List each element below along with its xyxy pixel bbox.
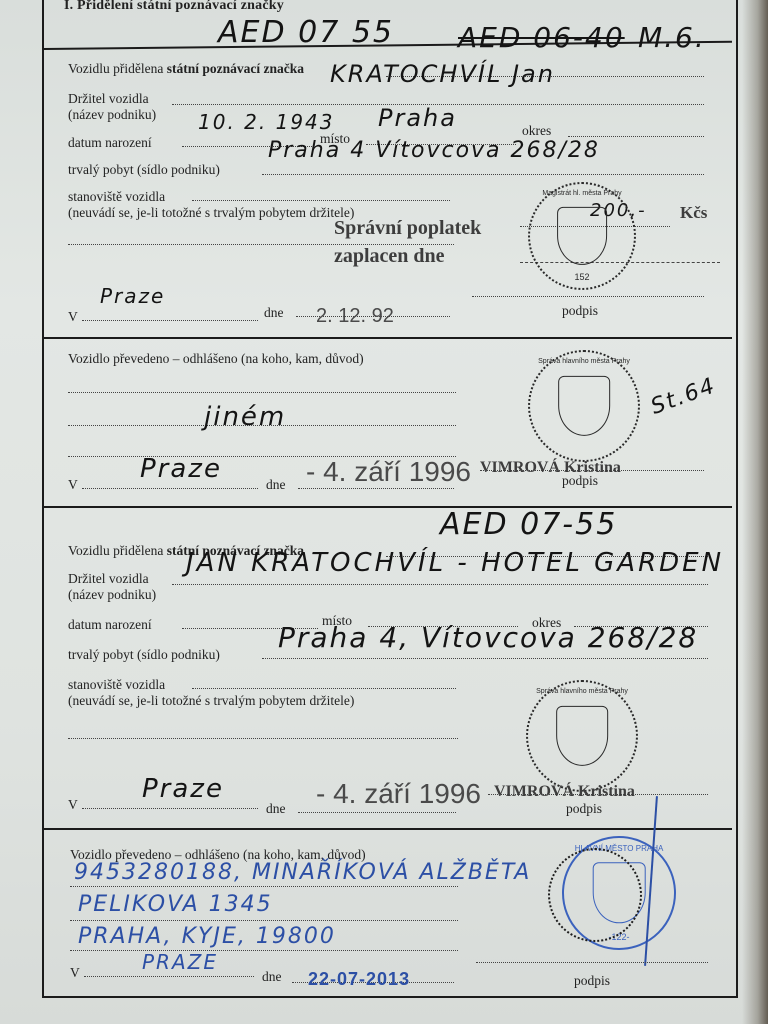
- official-name-stamp: VIMROVÁ Kristina: [480, 460, 621, 476]
- dotted-line: [68, 392, 456, 393]
- residence-label: trvalý pobyt (sídlo podniku): [68, 648, 220, 662]
- holder-handwritten: KRATOCHVÍL Jan: [330, 62, 555, 86]
- residence-label: trvalý pobyt (sídlo podniku): [68, 163, 220, 177]
- residence-handwritten: Praha 4 Vítovcova 268/28: [268, 140, 600, 162]
- dotted-line: [70, 950, 458, 951]
- birth-label: datum narození: [68, 618, 152, 632]
- dotted-line: [568, 136, 704, 137]
- dne-value: 22-07-2013: [308, 970, 410, 988]
- v-handwritten: PRAZE: [142, 952, 218, 972]
- podpis-label: podpis: [562, 474, 598, 488]
- plate-handwritten: AED 07 55: [218, 18, 394, 48]
- residence-handwritten: Praha 4, Vítovcova 268/28: [278, 624, 698, 652]
- location-label: stanoviště vozidla: [68, 190, 165, 204]
- podpis-label: podpis: [562, 304, 598, 318]
- section-divider: [44, 337, 732, 339]
- fee-currency: Kčs: [680, 204, 707, 221]
- fee-stamp-line1: Správní poplatek: [334, 218, 481, 238]
- transfer-line1-handwritten: 9453280188, MINAŘÍKOVÁ ALŽBĚTA: [74, 862, 531, 884]
- holder-label: Držitel vozidla: [68, 92, 149, 106]
- holder-sublabel: (název podniku): [68, 108, 156, 122]
- dne-value: - 4. září 1996: [306, 458, 471, 486]
- location-sublabel: (neuvádí se, je-li totožné s trvalým pob…: [68, 694, 354, 708]
- v-label: V: [68, 798, 78, 812]
- birth-label: datum narození: [68, 136, 152, 150]
- dne-value: - 4. září 1996: [316, 780, 481, 808]
- dne-label: dne: [266, 478, 286, 492]
- dotted-line: [262, 174, 704, 175]
- transfer-line3-handwritten: PRAHA, KYJE, 19800: [78, 926, 336, 948]
- dotted-line: [172, 584, 708, 585]
- coat-of-arms-icon: [558, 376, 610, 436]
- page-edge-shadow: [742, 0, 768, 1024]
- district-label: okres: [522, 124, 551, 138]
- official-name-stamp: VIMROVÁ Kristina: [494, 784, 635, 800]
- dotted-line: [472, 296, 704, 297]
- holder-label: Držitel vozidla: [68, 572, 149, 586]
- fee-stamp-line2: zaplacen dne: [334, 246, 445, 266]
- dotted-line: [480, 470, 704, 471]
- dotted-line: [476, 962, 708, 963]
- document-page: I. Přidělení státní poznávací značky AED…: [0, 0, 768, 1024]
- v-label: V: [68, 478, 78, 492]
- official-seal-1996-a: Správa hlavního města Prahy: [528, 350, 640, 462]
- v-handwritten: Praze: [100, 286, 165, 306]
- dotted-line: [84, 976, 254, 977]
- official-seal-1996-b: Správa hlavního města Prahy: [526, 680, 638, 792]
- v-label: V: [70, 966, 80, 980]
- official-seal-1992: Magistrát hl. města Prahy 152: [528, 182, 636, 290]
- dne-label: dne: [264, 306, 284, 320]
- dotted-line: [70, 886, 458, 887]
- dotted-line: [70, 920, 458, 921]
- dotted-line: [82, 488, 258, 489]
- dne-label: dne: [262, 970, 282, 984]
- dotted-line: [82, 808, 258, 809]
- v-label: V: [68, 310, 78, 324]
- dotted-line: [262, 658, 708, 659]
- v-handwritten: Praze: [140, 456, 222, 482]
- holder-handwritten: JAN KRATOCHVÍL - HOTEL GARDEN: [186, 550, 724, 576]
- place-handwritten: Praha: [378, 106, 457, 130]
- holder-sublabel: (název podniku): [68, 588, 156, 602]
- podpis-label: podpis: [574, 974, 610, 988]
- podpis-label: podpis: [566, 802, 602, 816]
- dotted-line: [488, 794, 708, 795]
- dne-label: dne: [266, 802, 286, 816]
- dotted-line: [82, 320, 258, 321]
- dotted-line: [298, 812, 456, 813]
- dotted-seal-outline: [548, 848, 642, 942]
- plate-note: M.6.: [638, 24, 706, 52]
- plate-crossed-out: AED 06-40: [458, 24, 625, 52]
- dotted-line: [192, 200, 450, 201]
- plate-handwritten: AED 07-55: [440, 510, 617, 540]
- transfer-handwritten: jiném: [204, 404, 286, 430]
- section-divider: [44, 828, 732, 830]
- coat-of-arms-icon: [557, 207, 607, 265]
- dne-value: 2. 12. 92: [316, 306, 394, 326]
- transfer-label: Vozidlo převedeno – odhlášeno (na koho, …: [68, 352, 364, 366]
- plate-label: Vozidlu přidělena státní poznávací značk…: [68, 62, 304, 76]
- birth-date-handwritten: 10. 2. 1943: [198, 112, 335, 132]
- section-divider: [44, 506, 732, 508]
- location-label: stanoviště vozidla: [68, 678, 165, 692]
- dotted-line: [68, 738, 458, 739]
- dotted-line: [192, 688, 456, 689]
- v-handwritten: Praze: [142, 776, 224, 802]
- location-sublabel: (neuvádí se, je-li totožné s trvalým pob…: [68, 206, 354, 220]
- coat-of-arms-icon: [556, 706, 608, 766]
- dotted-line: [298, 488, 454, 489]
- transfer-line2-handwritten: PELIKOVA 1345: [78, 894, 273, 916]
